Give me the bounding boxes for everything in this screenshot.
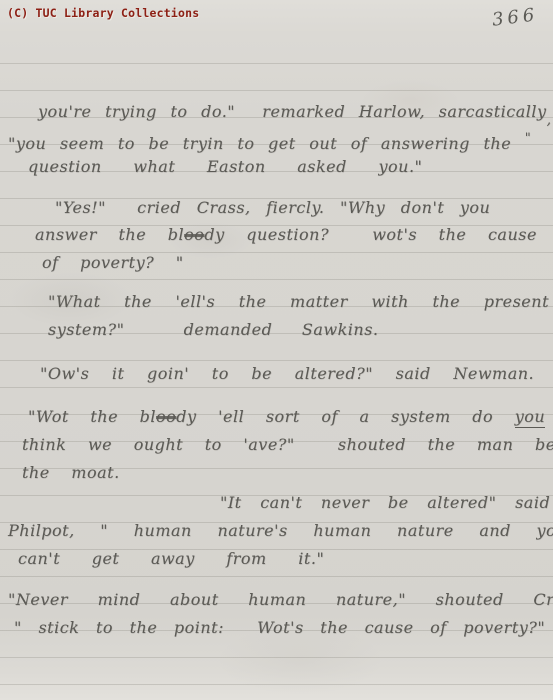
strike-segment: oo xyxy=(156,407,176,426)
manuscript-line: " stick to the point: Wot's the cause of… xyxy=(14,617,545,639)
manuscript-line: can't get away from it." xyxy=(18,548,324,570)
text-segment: "Ow's it goin' to be altered?" said Newm… xyxy=(40,364,534,383)
manuscript-line: answer the bloody question? wot's the ca… xyxy=(35,224,537,246)
manuscript-line: Philpot, " human nature's human nature a… xyxy=(8,520,553,542)
text-segment: " stick to the point: Wot's the cause of… xyxy=(14,618,545,637)
manuscript-line: "Wot the bloody 'ell sort of a system do… xyxy=(28,406,545,428)
manuscript-line: think we ought to 'ave?" shouted the man… xyxy=(22,434,553,456)
manuscript-line: the moat. xyxy=(22,462,120,484)
text-segment: "What the 'ell's the matter with the pre… xyxy=(48,292,549,311)
underline-segment: you xyxy=(515,407,545,428)
text-segment: dy question? wot's the cause xyxy=(204,225,537,244)
handwritten-text: you're trying to do." remarked Harlow, s… xyxy=(0,0,553,700)
text-segment: "It can't never be altered" said xyxy=(220,493,550,512)
text-segment: "Wot the bl xyxy=(28,407,156,426)
text-segment: question what Easton asked you." xyxy=(28,157,422,176)
text-segment: "Never mind about human nature," shouted… xyxy=(8,590,553,609)
manuscript-line: "you seem to be tryin to get out of answ… xyxy=(8,128,531,155)
text-segment: think we ought to 'ave?" shouted the man… xyxy=(22,435,553,454)
sub-segment: , xyxy=(547,112,552,128)
text-segment: "you seem to be tryin to get out of answ… xyxy=(8,134,525,153)
sup-segment: " xyxy=(525,131,531,146)
manuscript-line: "Ow's it goin' to be altered?" said Newm… xyxy=(40,363,534,385)
manuscript-line: "What the 'ell's the matter with the pre… xyxy=(48,291,549,313)
text-segment: "Yes!" cried Crass, fiercly. "Why don't … xyxy=(55,198,490,217)
manuscript-line: "It can't never be altered" said xyxy=(220,492,550,514)
text-segment: answer the bl xyxy=(35,225,184,244)
text-segment: system?" demanded Sawkins. xyxy=(48,320,379,339)
text-segment: of poverty? " xyxy=(42,253,184,272)
text-segment: Philpot, " human nature's human nature a… xyxy=(8,521,553,540)
text-segment: dy 'ell sort of a system do xyxy=(176,407,514,426)
manuscript-line: "Yes!" cried Crass, fiercly. "Why don't … xyxy=(55,197,490,219)
manuscript-line: question what Easton asked you." xyxy=(28,156,422,178)
manuscript-page: (C) TUC Library Collections 366 you're t… xyxy=(0,0,553,700)
manuscript-line: "Never mind about human nature," shouted… xyxy=(8,589,553,611)
text-segment: you're trying to do." remarked Harlow, s… xyxy=(38,102,547,121)
text-segment: the moat. xyxy=(22,463,120,482)
manuscript-line: of poverty? " xyxy=(42,252,184,274)
strike-segment: oo xyxy=(184,225,204,244)
text-segment: can't get away from it." xyxy=(18,549,324,568)
manuscript-line: you're trying to do." remarked Harlow, s… xyxy=(38,101,552,131)
manuscript-line: system?" demanded Sawkins. xyxy=(48,319,379,341)
